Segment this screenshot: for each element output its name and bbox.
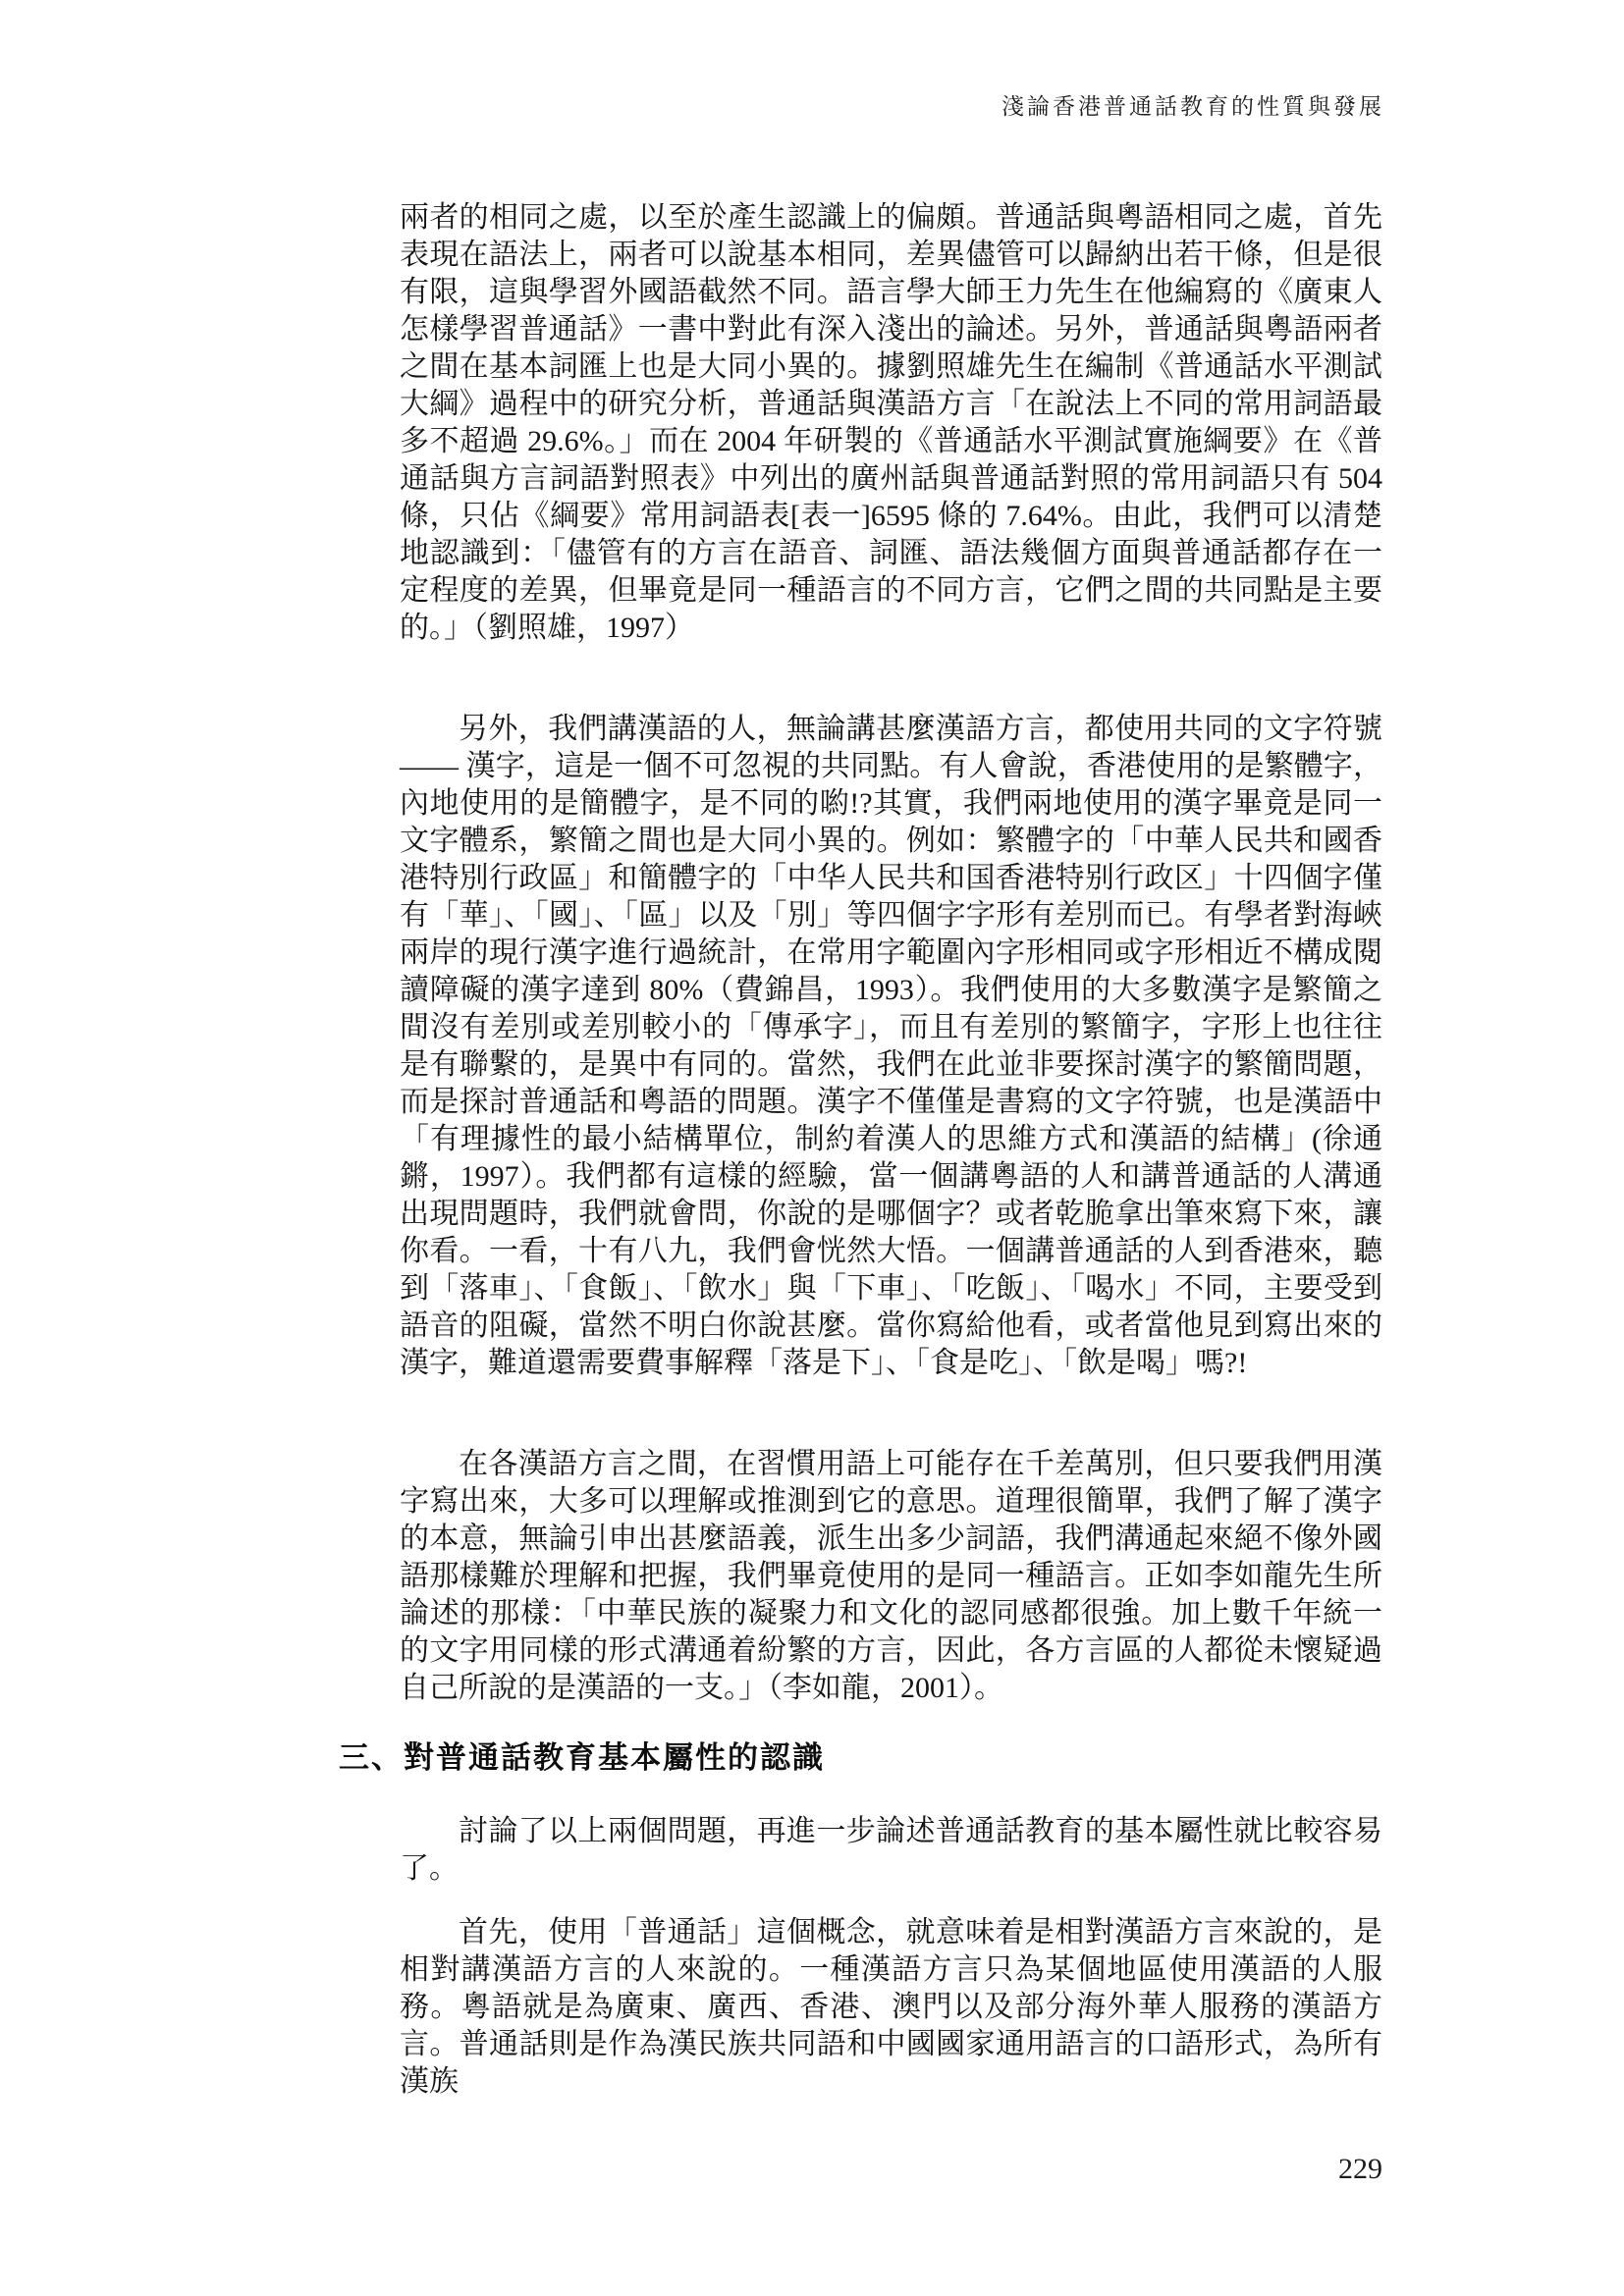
- paragraph-section-intro: 討論了以上兩個問題，再進一步論述普通話教育的基本屬性就比較容易了。: [400, 1813, 1382, 1888]
- document-page: 淺論香港普通話教育的性質與發展 兩者的相同之處，以至於產生認識上的偏頗。普通話與…: [0, 0, 1624, 2296]
- section-heading: 三、對普通話教育基本屬性的認識: [339, 1738, 1382, 1778]
- paragraph-dialect-mutual-understanding: 在各漢語方言之間，在習慣用語上可能存在千差萬別，但只要我們用漢字寫出來，大多可以…: [400, 1446, 1382, 1707]
- paragraph-putonghua-concept: 首先，使用「普通話」這個概念，就意味着是相對漢語方言來說的，是相對講漢語方言的人…: [400, 1914, 1382, 2101]
- page-body: 兩者的相同之處，以至於產生認識上的偏頗。普通話與粵語相同之處，首先表現在語法上，…: [339, 0, 1382, 2101]
- paragraph-continuation: 兩者的相同之處，以至於產生認識上的偏頗。普通話與粵語相同之處，首先表現在語法上，…: [400, 199, 1382, 647]
- page-number: 229: [0, 2153, 1382, 2186]
- paragraph-hanzi-common-script: 另外，我們講漢語的人，無論講甚麼漢語方言，都使用共同的文字符號 —— 漢字，這是…: [400, 711, 1382, 1382]
